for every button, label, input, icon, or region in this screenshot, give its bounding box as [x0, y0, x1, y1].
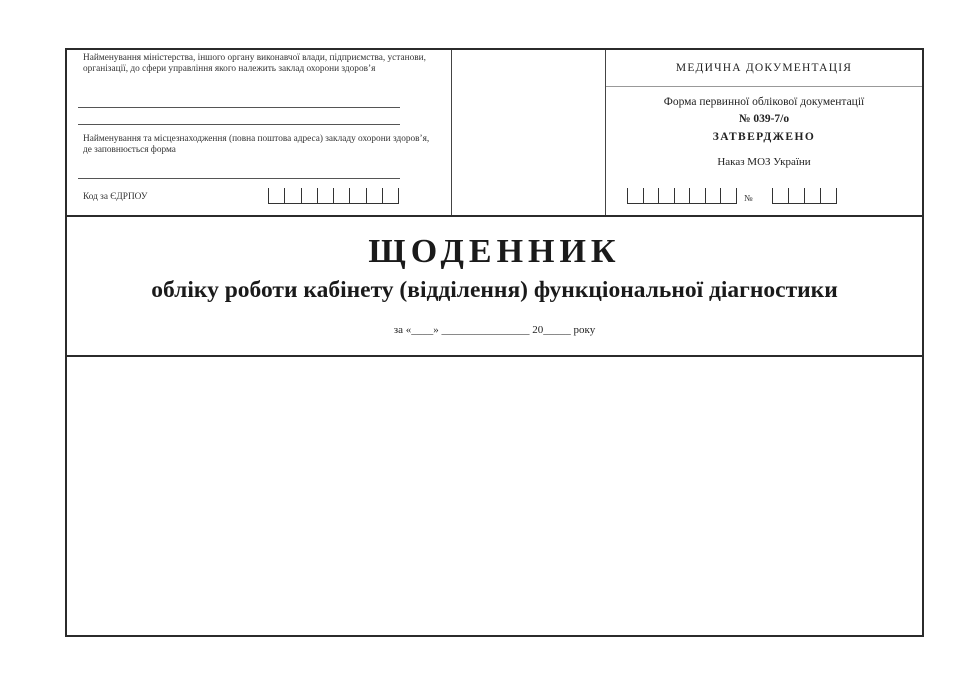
edrpou-label: Код за ЄДРПОУ — [83, 192, 147, 203]
medical-documentation-heading: МЕДИЧНА ДОКУМЕНТАЦІЯ — [606, 62, 922, 74]
form-type-label: Форма первинної облікової документації — [606, 96, 922, 108]
institution-label: Найменування та місцезнаходження (повна … — [83, 134, 433, 156]
right-header-divider — [606, 86, 922, 87]
diary-body-area — [67, 357, 922, 635]
header-bottom-divider — [67, 215, 922, 217]
ministry-label: Найменування міністерства, іншого органу… — [83, 53, 453, 75]
ministry-fill-line-1[interactable] — [78, 107, 400, 108]
order-label: Наказ МОЗ України — [606, 156, 922, 168]
number-sign: № — [744, 193, 753, 204]
institution-fill-line[interactable] — [78, 178, 400, 179]
order-date-cells[interactable] — [627, 188, 737, 204]
order-number-cells[interactable] — [772, 188, 837, 204]
approved-label: ЗАТВЕРДЖЕНО — [606, 131, 922, 143]
form-number: № 039-7/о — [606, 113, 922, 125]
form-frame: Найменування міністерства, іншого органу… — [65, 48, 924, 637]
edrpou-code-cells[interactable] — [268, 188, 399, 204]
document-subtitle: обліку роботи кабінету (відділення) функ… — [67, 276, 922, 304]
date-line[interactable]: за «____» ________________ 20_____ року — [67, 324, 922, 336]
ministry-fill-line-2[interactable] — [78, 124, 400, 125]
document-title: ЩОДЕННИК — [67, 233, 922, 271]
